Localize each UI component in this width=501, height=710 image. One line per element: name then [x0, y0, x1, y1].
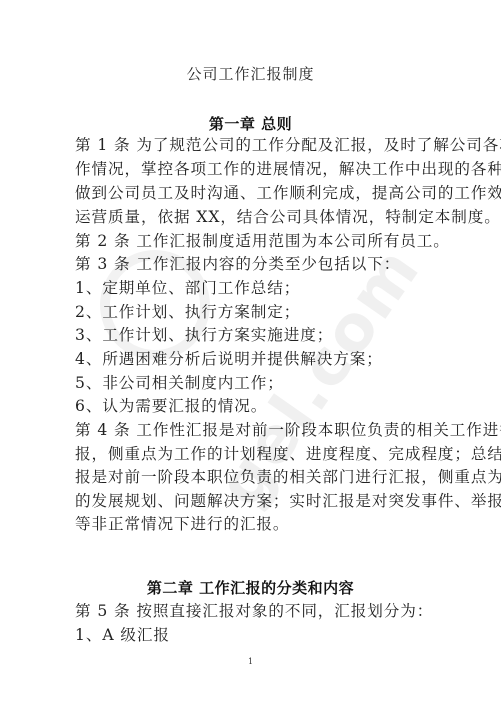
text-line: 的发展规划、问题解决方案；实时汇报是对突发事件、举报事件: [75, 491, 427, 511]
text-line: 等非正常情况下进行的汇报。: [75, 514, 427, 534]
chapter-heading: 第二章 工作汇报的分类和内容: [0, 577, 501, 598]
text-line: 运营质量，依据 XX，结合公司具体情况，特制定本制度。: [75, 207, 427, 227]
list-item: 1、定期单位、部门工作总结；: [75, 278, 427, 298]
list-item: 5、非公司相关制度内工作；: [75, 373, 427, 393]
document-page: gel.com 公司工作汇报制度 第一章 总则 第 1 条 为了规范公司的工作分…: [0, 0, 501, 710]
list-item: 1、A 级汇报: [75, 625, 427, 645]
page-number: 1: [0, 657, 501, 666]
text-line: 第 5 条 按照直接汇报对象的不同，汇报划分为：: [75, 601, 427, 621]
text-line: 第 3 条 工作汇报内容的分类至少包括以下：: [75, 254, 427, 274]
list-item: 4、所遇困难分析后说明并提供解决方案；: [75, 349, 427, 369]
list-item: 6、认为需要汇报的情况。: [75, 396, 427, 416]
text-line: 作情况，掌控各项工作的进展情况，解决工作中出现的各种问题，: [75, 159, 427, 179]
list-item: 2、工作计划、执行方案制定；: [75, 302, 427, 322]
text-line: 报，侧重点为工作的计划程度、进度程度、完成程度；总结性汇: [75, 444, 427, 464]
text-line: 第 1 条 为了规范公司的工作分配及汇报，及时了解公司各项工: [75, 135, 427, 155]
text-line: 第 4 条 工作性汇报是对前一阶段本职位负责的相关工作进行汇: [75, 420, 427, 440]
text-line: 报是对前一阶段本职位负责的相关部门进行汇报，侧重点为部门: [75, 467, 427, 487]
document-title: 公司工作汇报制度: [0, 63, 501, 84]
chapter-heading: 第一章 总则: [0, 113, 501, 134]
text-line: 做到公司员工及时沟通、工作顺利完成，提高公司的工作效率和: [75, 183, 427, 203]
text-line: 第 2 条 工作汇报制度适用范围为本公司所有员工。: [75, 231, 427, 251]
list-item: 3、工作计划、执行方案实施进度；: [75, 325, 427, 345]
